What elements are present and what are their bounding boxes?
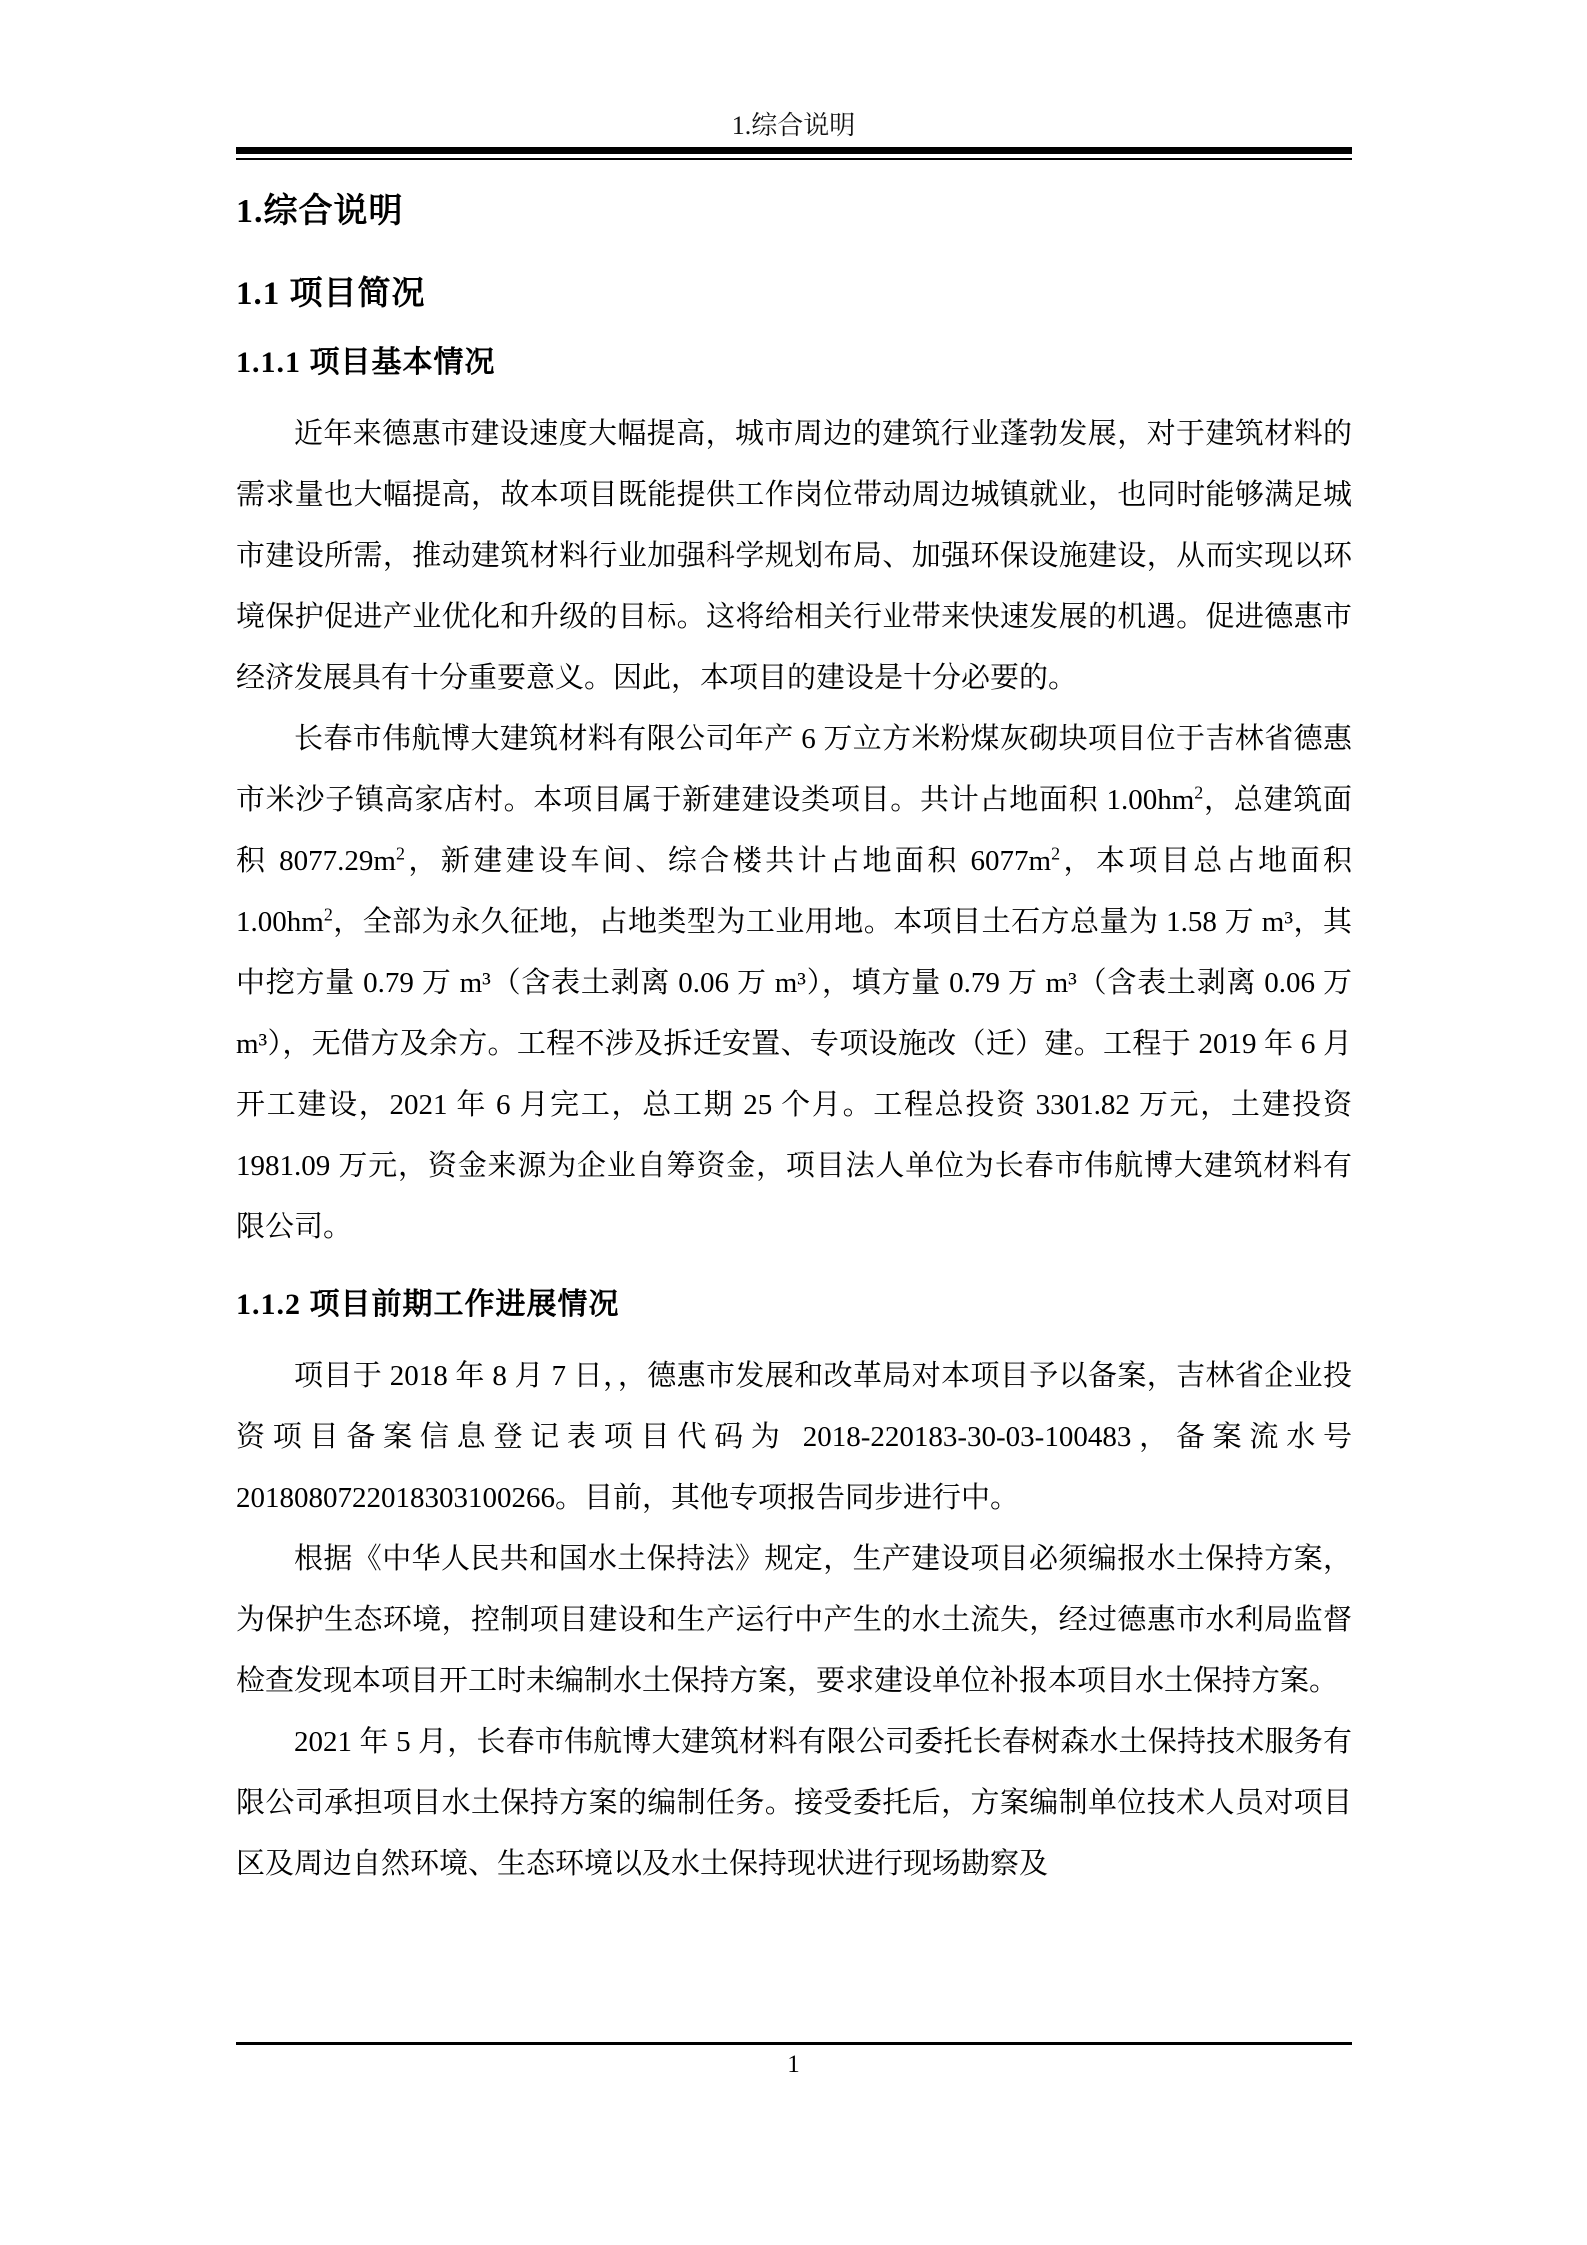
- paragraph-project-overview: 长春市伟航博大建筑材料有限公司年产 6 万立方米粉煤灰砌块项目位于吉林省德惠市米…: [236, 709, 1352, 1258]
- text-run: ，新建建设车间、综合楼共计占地面积 6077m: [405, 845, 1051, 877]
- paragraph-filing-record: 项目于 2018 年 8 月 7 日，，德惠市发展和改革局对本项目予以备案，吉林…: [236, 1346, 1352, 1529]
- text-run: 长春市伟航博大建筑材料有限公司年产 6 万立方米粉煤灰砌块项目位于吉林省德惠市米…: [236, 723, 1352, 816]
- document-page: 1.综合说明 1.综合说明1.1 项目简况1.1.1 项目基本情况近年来德惠市建…: [0, 0, 1587, 2245]
- heading-section-1: 1.综合说明: [236, 190, 1352, 234]
- text-run: ，全部为永久征地，占地类型为工业用地。本项目土石方总量为 1.58 万 m³，其…: [236, 906, 1352, 1243]
- paragraph-soil-conservation-law: 根据《中华人民共和国水土保持法》规定，生产建设项目必须编报水土保持方案，为保护生…: [236, 1529, 1352, 1712]
- heading-section-1-1-2: 1.1.2 项目前期工作进展情况: [236, 1286, 1352, 1324]
- superscript: 2: [396, 843, 405, 863]
- paragraph-project-necessity: 近年来德惠市建设速度大幅提高，城市周边的建筑行业蓬勃发展，对于建筑材料的需求量也…: [236, 404, 1352, 709]
- heading-section-1-1: 1.1 项目简况: [236, 272, 1352, 316]
- heading-section-1-1-1: 1.1.1 项目基本情况: [236, 344, 1352, 382]
- document-body: 1.综合说明1.1 项目简况1.1.1 项目基本情况近年来德惠市建设速度大幅提高…: [236, 190, 1352, 1895]
- paragraph-commission: 2021 年 5 月，长春市伟航博大建筑材料有限公司委托长春树森水土保持技术服务…: [236, 1712, 1352, 1895]
- superscript: 2: [324, 904, 333, 924]
- text-run: 近年来德惠市建设速度大幅提高，城市周边的建筑行业蓬勃发展，对于建筑材料的需求量也…: [236, 418, 1352, 694]
- header-double-rule: [236, 147, 1352, 160]
- superscript: 2: [1051, 843, 1060, 863]
- superscript: 2: [1194, 782, 1203, 802]
- footer-rule: [236, 2042, 1352, 2045]
- page-header-title: 1.综合说明: [0, 110, 1587, 142]
- text-run: 2021 年 5 月，长春市伟航博大建筑材料有限公司委托长春树森水土保持技术服务…: [236, 1726, 1352, 1880]
- text-run: 根据《中华人民共和国水土保持法》规定，生产建设项目必须编报水土保持方案，为保护生…: [236, 1543, 1352, 1697]
- page-number: 1: [0, 2050, 1587, 2080]
- text-run: 项目于 2018 年 8 月 7 日，，德惠市发展和改革局对本项目予以备案，吉林…: [236, 1360, 1352, 1514]
